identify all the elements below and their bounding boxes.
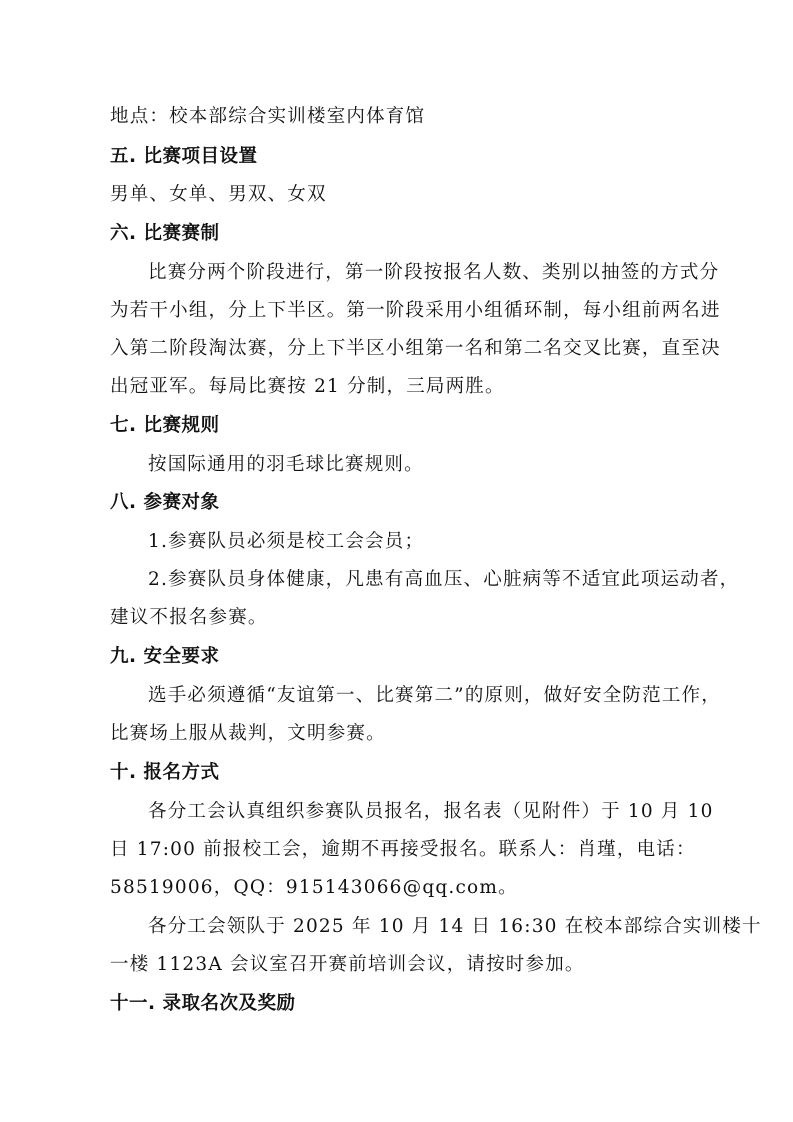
registration-line-2: 日 17:00 前报校工会，逾期不再接受报名。联系人：肖瑾，电话： bbox=[110, 837, 696, 863]
participants-line-3: 建议不报名参赛。 bbox=[110, 605, 268, 631]
participants-line-2: 2.参赛队员身体健康，凡患有高血压、心脏病等不适宜此项运动者， bbox=[148, 567, 739, 593]
section-heading-registration: 十. 报名方式 bbox=[110, 760, 219, 786]
safety-line-1: 选手必须遵循“友谊第一、比赛第二”的原则，做好安全防范工作， bbox=[148, 683, 721, 709]
participants-line-1: 1.参赛队员必须是校工会会员； bbox=[148, 529, 424, 555]
safety-line-2: 比赛场上服从裁判，文明参赛。 bbox=[110, 721, 386, 747]
location-line: 地点：校本部综合实训楼室内体育馆 bbox=[110, 104, 425, 130]
event-items-text: 男单、女单、男双、女双 bbox=[110, 182, 327, 208]
section-heading-competition-format: 六. 比赛赛制 bbox=[110, 221, 219, 247]
section-heading-awards: 十一. 录取名次及奖励 bbox=[110, 991, 295, 1017]
registration-line-3: 58519006，QQ：915143066@qq.com。 bbox=[110, 875, 518, 901]
section-heading-participants: 八. 参赛对象 bbox=[110, 490, 219, 516]
format-line-2: 为若干小组，分上下半区。第一阶段采用小组循环制，每小组前两名进 bbox=[110, 298, 721, 324]
registration-line-5: 一楼 1123A 会议室召开赛前培训会议，请按时参加。 bbox=[110, 952, 585, 978]
rules-line-1: 按国际通用的羽毛球比赛规则。 bbox=[148, 452, 424, 478]
section-heading-safety: 九. 安全要求 bbox=[110, 644, 219, 670]
format-line-3: 入第二阶段淘汰赛，分上下半区小组第一名和第二名交叉比赛，直至决 bbox=[110, 336, 721, 362]
registration-line-4: 各分工会领队于 2025 年 10 月 14 日 16:30 在校本部综合实训楼… bbox=[148, 914, 762, 940]
section-heading-rules: 七. 比赛规则 bbox=[110, 413, 219, 439]
format-line-1: 比赛分两个阶段进行，第一阶段按报名人数、类别以抽签的方式分 bbox=[148, 260, 719, 286]
section-heading-event-items: 五. 比赛项目设置 bbox=[110, 144, 257, 170]
format-line-4: 出冠亚军。每局比赛按 21 分制，三局两胜。 bbox=[110, 374, 505, 400]
registration-line-1: 各分工会认真组织参赛队员报名，报名表（见附件）于 10 月 10 bbox=[148, 799, 714, 825]
document-page: 地点：校本部综合实训楼室内体育馆 五. 比赛项目设置 男单、女单、男双、女双 六… bbox=[0, 0, 793, 1122]
